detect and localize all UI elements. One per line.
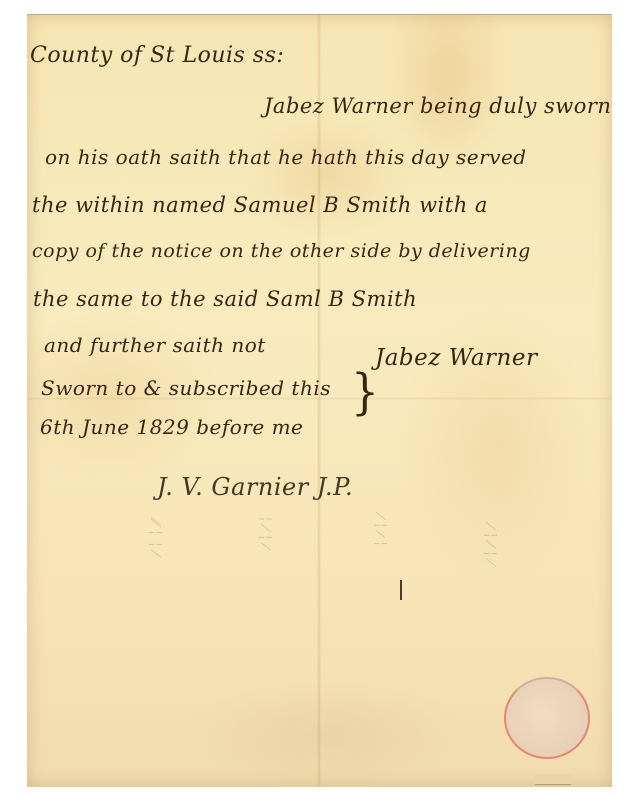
body-line-2: on his oath saith that he hath this day … (45, 145, 527, 169)
document-page: County of St Louis ss: Jabez Warner bein… (27, 14, 612, 787)
bracket-mark: } (351, 364, 379, 420)
bleed-through-text: ╎ ⁄ ╎ ⁄ (257, 515, 272, 547)
jurat-line-1: Sworn to & subscribed this (41, 376, 331, 400)
jurat-line-2: 6th June 1829 before me (40, 415, 303, 439)
body-line-6: and further saith not (44, 333, 266, 357)
ink-stroke (400, 580, 402, 600)
wax-seal (504, 677, 590, 759)
body-line-1: Jabez Warner being duly sworn (264, 94, 611, 118)
body-line-5: the same to the said Saml B Smith (33, 287, 417, 311)
venue-line: County of St Louis ss: (30, 43, 284, 68)
vertical-fold-crease (317, 15, 321, 787)
body-line-3: the within named Samuel B Smith with a (32, 193, 488, 217)
affiant-signature: Jabez Warner (375, 345, 537, 371)
bleed-through-text: ⁄⁄ ╎ ╎ ⁄ (147, 520, 162, 555)
official-signature: J. V. Garnier J.P. (157, 473, 353, 501)
bleed-through-text: ⁄ ╎ ⁄ ╎ (372, 515, 387, 547)
bleed-through-text: ⁄ ╎ ⁄ ╎ ⁄ (482, 525, 497, 564)
body-line-4: copy of the notice on the other side by … (32, 240, 531, 262)
paper-tab (535, 774, 571, 785)
